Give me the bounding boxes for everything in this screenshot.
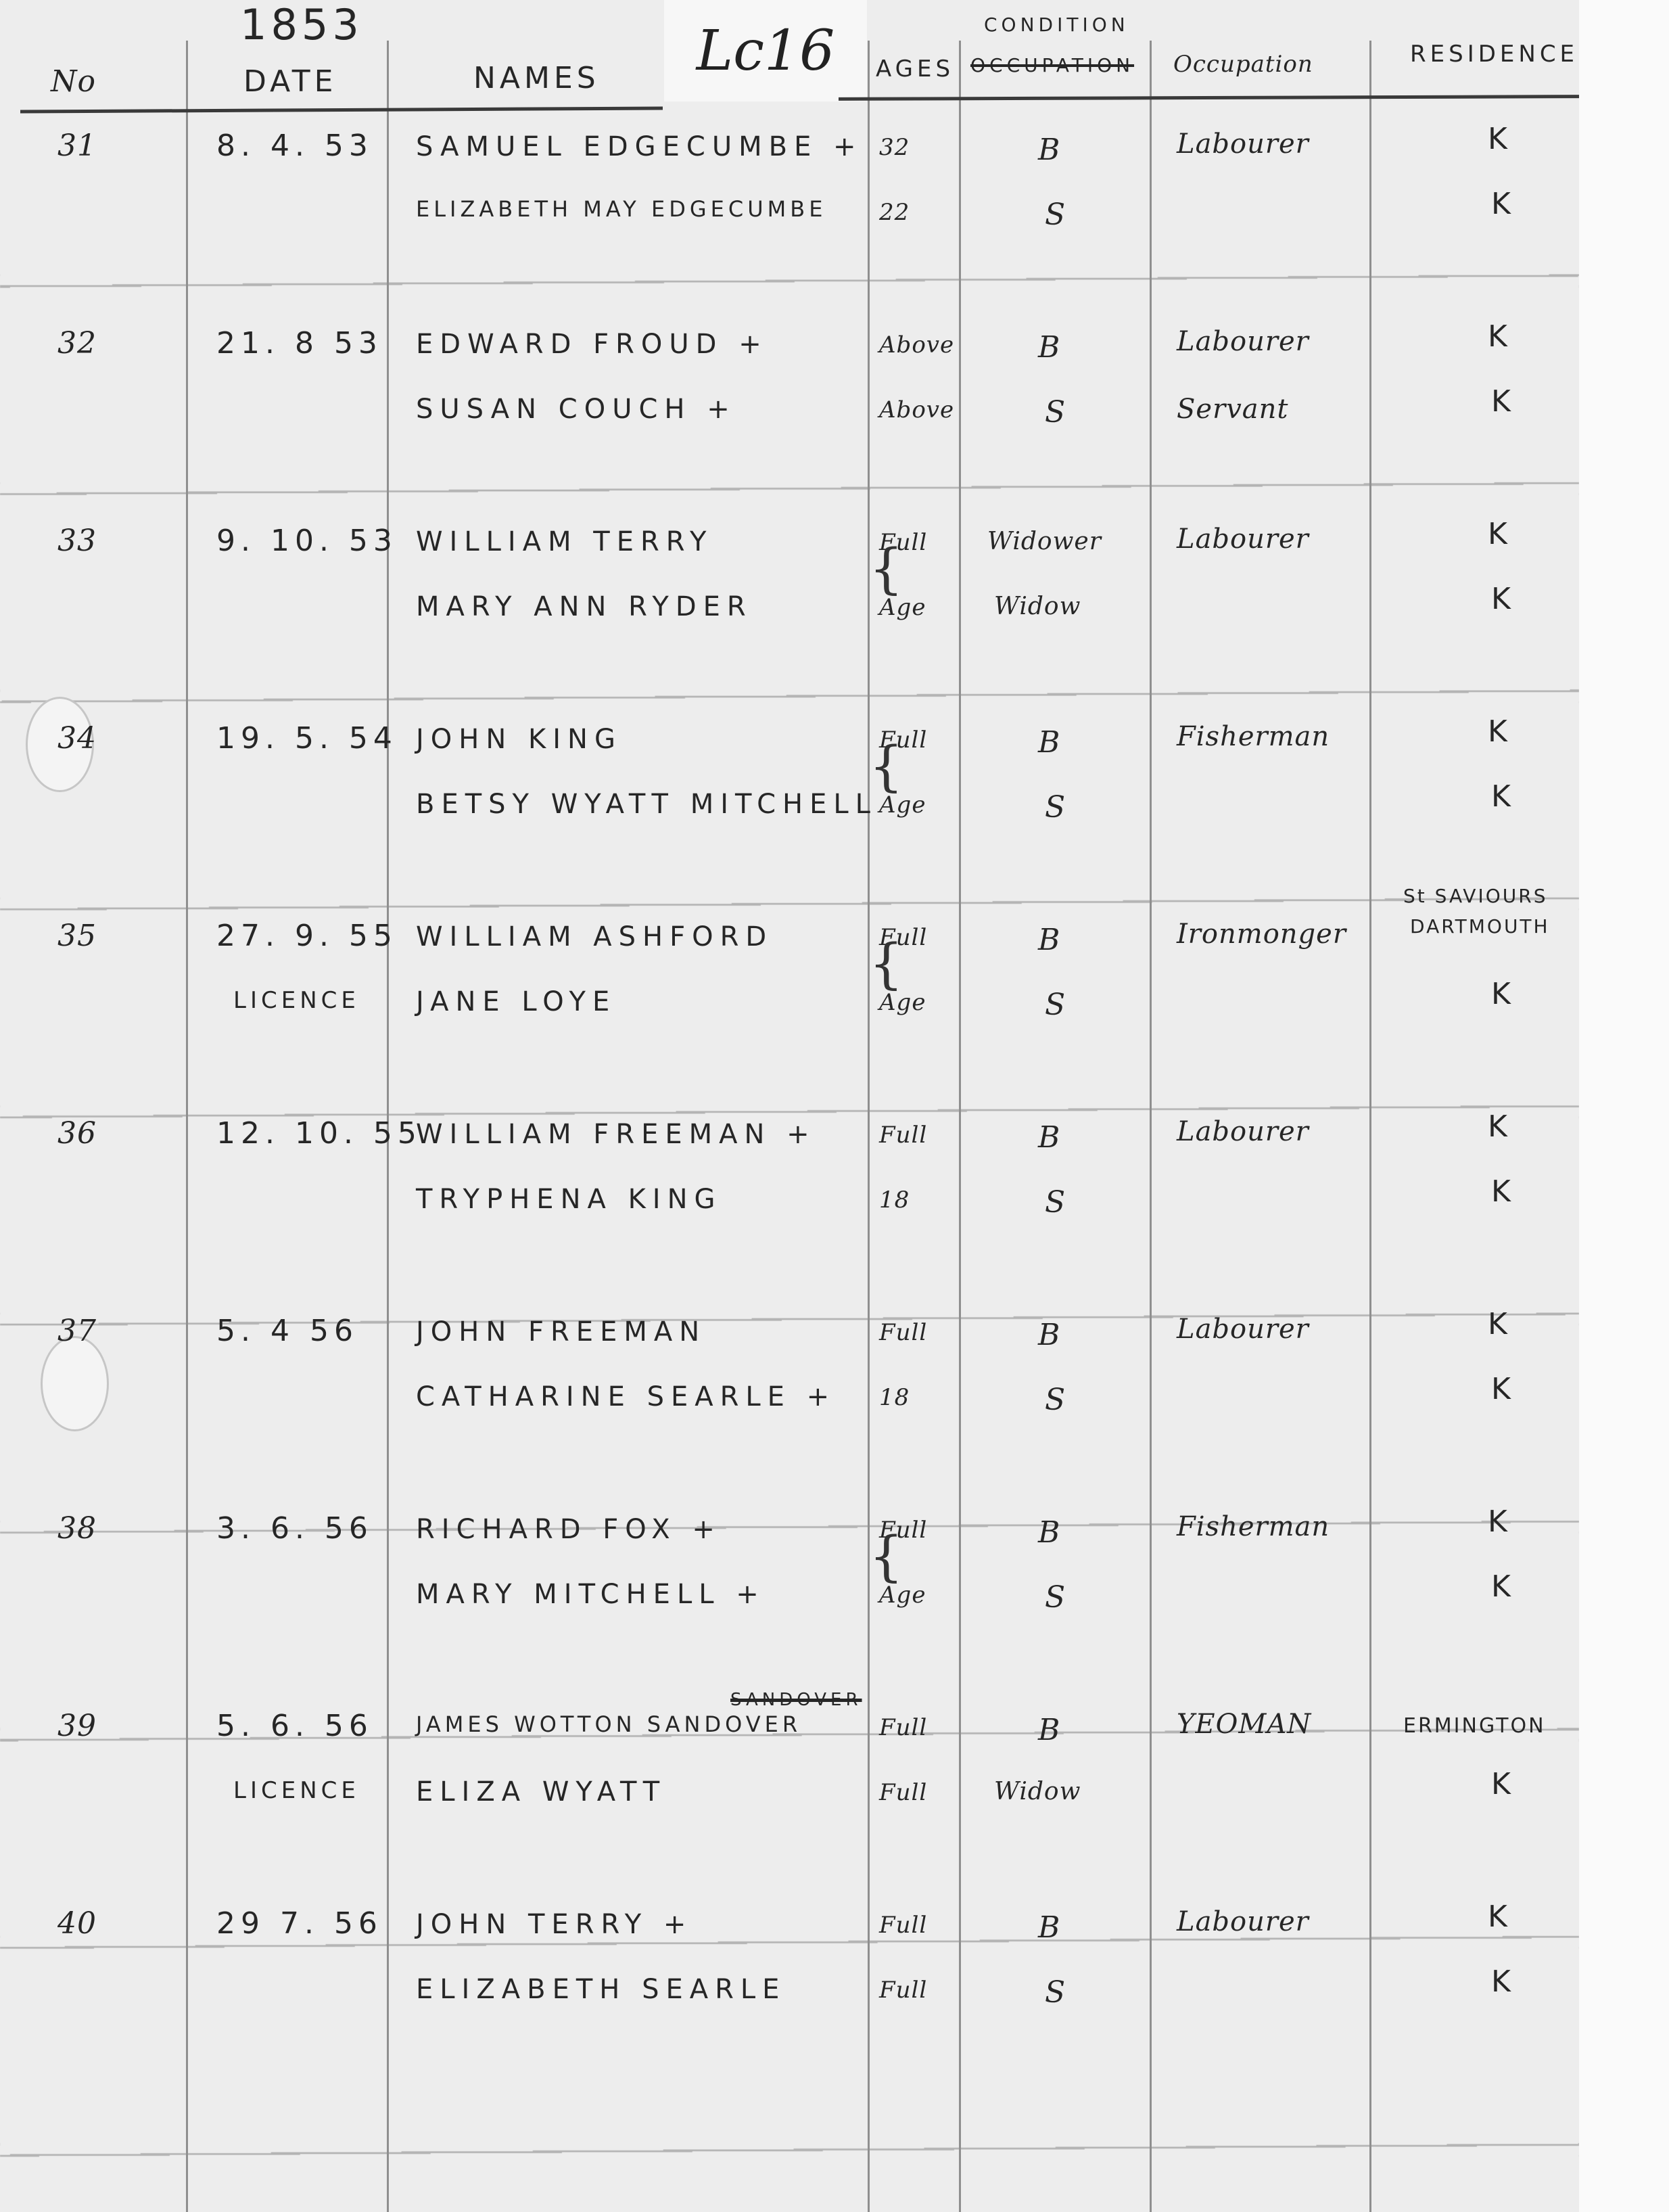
age-brace-mark: { [869,537,903,600]
groom-condition: B [1038,330,1060,365]
entry-date: 8. 4. 53 [216,129,373,163]
header-condition: CONDITION [984,14,1129,36]
bride-condition: S [1045,988,1066,1022]
groom-residence: K [1488,517,1511,551]
groom-name: WILLIAM FREEMAN + [416,1119,816,1150]
entry-date: 5. 4 56 [216,1314,358,1348]
entry-number: 33 [57,524,97,558]
age-brace-mark: { [869,932,903,995]
bride-name: SUSAN COUCH + [416,394,736,425]
entry-date: 5. 6. 56 [216,1709,373,1743]
groom-age: Full [879,1912,927,1939]
bride-age: Above [879,396,954,423]
bride-name: ELIZA WYATT [416,1776,666,1807]
entry-date: 29 7. 56 [216,1906,383,1941]
bride-name: MARY ANN RYDER [416,591,753,622]
groom-condition: B [1038,133,1060,167]
column-divider-occupation-residence [1369,41,1371,2212]
bride-residence: K [1491,187,1515,221]
bride-residence: K [1491,582,1515,616]
bride-age: Full [879,1779,927,1806]
struck-name-correction: SANDOVER [730,1690,862,1710]
entry-date: 9. 10. 53 [216,524,398,558]
entry-date-note: LICENCE [233,1777,360,1804]
entry-number: 36 [57,1116,97,1151]
bride-condition: S [1045,1975,1066,2010]
groom-condition: B [1038,725,1060,760]
groom-condition: Widower [987,528,1102,555]
groom-occupation: Labourer [1177,326,1309,357]
entry-number: 34 [57,721,97,756]
header-condition-struck: OCCUPATION [970,54,1134,76]
register-year: 1853 [240,0,363,49]
age-brace-mark: { [869,735,903,798]
groom-occupation: Labourer [1177,129,1309,160]
groom-age: 32 [879,134,910,161]
groom-occupation: Fisherman [1177,721,1330,752]
groom-name: JOHN TERRY + [416,1909,692,1940]
groom-occupation: YEOMAN [1177,1709,1311,1740]
groom-condition: B [1038,1515,1060,1550]
bride-name: CATHARINE SEARLE + [416,1381,836,1412]
bride-residence: K [1491,1964,1515,1999]
groom-residence: K [1488,319,1511,354]
entry-date-note: LICENCE [233,987,360,1014]
header-no: No [51,64,96,99]
groom-residence: ERMINGTON [1403,1714,1546,1738]
groom-condition: B [1038,923,1060,957]
bride-name: BETSY WYATT MITCHELL [416,789,877,820]
groom-condition: B [1038,1120,1060,1155]
groom-name: RICHARD FOX + [416,1514,722,1545]
bride-residence: K [1491,1372,1515,1406]
bride-name: ELIZABETH MAY EDGECUMBE [416,196,826,222]
groom-condition: B [1038,1910,1060,1945]
groom-name: WILLIAM ASHFORD [416,921,773,952]
bride-name: JANE LOYE [416,986,616,1017]
header-occupation: Occupation [1173,51,1313,78]
bride-condition: S [1045,790,1066,825]
groom-residence: K [1488,1899,1511,1934]
entry-number: 38 [57,1511,97,1546]
entry-number: 32 [57,326,97,361]
header-residence: RESIDENCE [1410,41,1578,68]
bride-condition: S [1045,198,1066,232]
entry-number: 40 [57,1906,97,1941]
groom-age: Full [879,1319,927,1346]
entry-number: 39 [57,1709,97,1743]
reference-label: Lc16 [664,0,867,101]
scan-margin [1579,0,1669,2212]
bride-condition: Widow [994,1778,1081,1805]
column-divider-ages-condition [959,41,961,2212]
column-divider-condition-occupation [1150,41,1152,2212]
groom-occupation: Labourer [1177,1314,1309,1345]
groom-name: JAMES WOTTON SANDOVER [416,1711,801,1737]
bride-condition: S [1045,1185,1066,1220]
header-names: NAMES [473,61,600,95]
entry-number: 35 [57,919,97,953]
entry-number: 37 [57,1314,97,1348]
groom-name: JOHN KING [416,724,622,755]
header-date: DATE [243,64,337,99]
groom-name: WILLIAM TERRY [416,526,713,557]
groom-age: Above [879,331,954,359]
bride-condition: S [1045,1580,1066,1615]
punch-hole-bottom [41,1336,109,1431]
entry-date: 12. 10. 55 [216,1116,422,1151]
groom-residence: K [1488,714,1511,749]
groom-name: JOHN FREEMAN [416,1316,706,1347]
bride-age: 18 [879,1384,910,1411]
column-divider-no-date [186,41,188,2212]
entry-number: 31 [57,129,97,163]
groom-occupation: Labourer [1177,1906,1309,1937]
bride-name: TRYPHENA KING [416,1184,722,1215]
bride-condition: Widow [994,593,1081,620]
groom-condition: B [1038,1318,1060,1352]
groom-occupation: Labourer [1177,1116,1309,1147]
bride-age: 18 [879,1186,910,1214]
groom-name: SAMUEL EDGECUMBE + [416,131,863,162]
header-ages: AGES [876,55,954,83]
bride-residence: K [1491,977,1515,1011]
bride-occupation: Servant [1177,394,1288,425]
groom-residence: K [1488,1109,1511,1144]
bride-name: ELIZABETH SEARLE [416,1974,786,2005]
bride-age: Full [879,1977,927,2004]
groom-occupation: Fisherman [1177,1511,1330,1542]
groom-age: Full [879,1714,927,1741]
bride-residence: K [1491,1767,1515,1801]
bride-age: 22 [879,199,910,226]
groom-occupation: Ironmonger [1177,919,1346,950]
bride-residence: K [1491,1569,1515,1604]
bride-condition: S [1045,395,1066,430]
bride-residence: K [1491,779,1515,814]
entry-date: 21. 8 53 [216,326,383,361]
bride-condition: S [1045,1383,1066,1417]
groom-name: EDWARD FROUD + [416,329,768,360]
column-divider-names-ages [868,41,870,2212]
entry-date: 19. 5. 54 [216,721,398,756]
groom-occupation: Labourer [1177,524,1309,555]
bride-name: MARY MITCHELL + [416,1579,766,1610]
groom-residence: DARTMOUTH [1410,915,1550,938]
entry-date: 3. 6. 56 [216,1511,373,1546]
groom-age: Full [879,1122,927,1149]
age-brace-mark: { [869,1525,903,1588]
groom-condition: B [1038,1713,1060,1747]
groom-residence-line1: St SAVIOURS [1403,885,1547,907]
groom-residence: K [1488,1307,1511,1341]
groom-residence: K [1488,1504,1511,1539]
bride-residence: K [1491,1174,1515,1209]
entry-date: 27. 9. 55 [216,919,398,953]
groom-residence: K [1488,122,1511,156]
bride-residence: K [1491,384,1515,419]
